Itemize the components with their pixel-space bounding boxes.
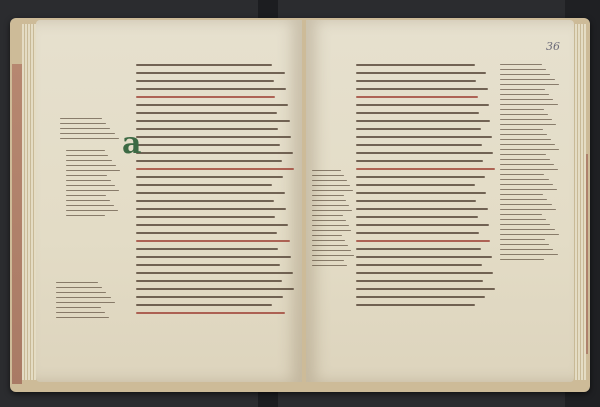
- text-line: [500, 249, 553, 250]
- text-line: [66, 170, 120, 171]
- text-line: [356, 144, 482, 146]
- text-line: [136, 240, 290, 242]
- text-line: [356, 200, 476, 202]
- text-line: [312, 215, 343, 216]
- text-line: [312, 200, 346, 201]
- text-line: [356, 248, 481, 250]
- text-line: [136, 192, 285, 194]
- text-line: [356, 176, 485, 178]
- text-line: [500, 199, 547, 200]
- text-line: [500, 119, 552, 120]
- text-line: [500, 69, 546, 70]
- text-line: [356, 72, 486, 74]
- text-line: [136, 200, 274, 202]
- text-line: [136, 104, 288, 106]
- text-line: [136, 232, 277, 234]
- text-line: [136, 304, 272, 306]
- text-line: [136, 256, 291, 258]
- decorated-initial: a: [122, 126, 141, 161]
- text-line: [500, 239, 545, 240]
- text-line: [356, 136, 492, 138]
- text-line: [500, 84, 559, 85]
- text-line: [66, 175, 107, 176]
- left-page: [36, 20, 302, 382]
- text-line: [312, 250, 351, 251]
- text-line: [66, 150, 105, 151]
- text-line: [136, 216, 275, 218]
- text-line: [356, 216, 478, 218]
- text-line: [66, 180, 111, 181]
- text-line: [312, 225, 349, 226]
- text-line: [356, 256, 492, 258]
- text-line: [312, 230, 351, 231]
- text-line: [356, 64, 475, 66]
- text-line: [56, 292, 106, 293]
- text-line: [56, 282, 98, 283]
- text-line: [500, 144, 555, 145]
- text-line: [500, 209, 556, 210]
- page-edges-right: [574, 24, 586, 380]
- right-page: 36: [306, 20, 574, 382]
- text-line: [136, 168, 294, 170]
- text-line: [356, 296, 485, 298]
- text-line: [500, 184, 553, 185]
- text-line: [136, 128, 278, 130]
- text-line: [66, 165, 116, 166]
- text-line: [136, 264, 280, 266]
- main-text-column: [136, 64, 296, 320]
- text-line: [56, 287, 102, 288]
- text-line: [356, 152, 493, 154]
- marginal-gloss: [56, 282, 116, 322]
- text-line: [56, 302, 115, 303]
- text-line: [136, 224, 288, 226]
- text-line: [500, 149, 559, 150]
- text-line: [500, 254, 558, 255]
- text-line: [312, 195, 344, 196]
- text-line: [60, 128, 110, 129]
- text-line: [356, 280, 483, 282]
- text-line: [66, 190, 119, 191]
- text-line: [66, 185, 115, 186]
- main-text-column: [356, 64, 496, 312]
- text-line: [60, 118, 102, 119]
- text-line: [56, 307, 101, 308]
- text-line: [356, 168, 495, 170]
- marginal-gloss: [60, 118, 120, 143]
- text-line: [500, 229, 555, 230]
- text-line: [136, 144, 280, 146]
- text-line: [500, 134, 547, 135]
- text-line: [356, 88, 488, 90]
- text-line: [500, 154, 546, 155]
- text-line: [66, 205, 114, 206]
- text-line: [312, 205, 349, 206]
- text-line: [356, 264, 482, 266]
- folio-number: 36: [546, 40, 560, 53]
- text-line: [136, 288, 294, 290]
- text-line: [56, 297, 111, 298]
- text-line: [312, 220, 346, 221]
- marginal-gloss: [66, 150, 121, 220]
- text-line: [356, 80, 476, 82]
- text-line: [66, 210, 118, 211]
- text-line: [136, 296, 283, 298]
- text-line: [136, 176, 283, 178]
- text-line: [60, 123, 106, 124]
- marginal-gloss: [312, 170, 354, 270]
- text-line: [312, 245, 348, 246]
- text-line: [356, 96, 478, 98]
- text-line: [312, 190, 353, 191]
- text-line: [356, 232, 479, 234]
- text-line: [356, 184, 475, 186]
- text-line: [136, 64, 272, 66]
- text-line: [500, 234, 559, 235]
- text-line: [356, 120, 490, 122]
- text-line: [66, 160, 112, 161]
- text-line: [312, 240, 345, 241]
- manuscript-book: a 36: [10, 14, 590, 392]
- text-line: [500, 99, 553, 100]
- text-line: [312, 175, 344, 176]
- text-line: [500, 129, 543, 130]
- text-line: [136, 136, 291, 138]
- text-line: [60, 133, 115, 134]
- text-line: [500, 124, 556, 125]
- text-line: [312, 235, 342, 236]
- text-line: [312, 180, 347, 181]
- text-line: [500, 114, 548, 115]
- text-line: [136, 80, 274, 82]
- text-line: [500, 64, 542, 65]
- text-line: [136, 120, 290, 122]
- text-line: [500, 214, 542, 215]
- text-line: [66, 195, 106, 196]
- text-line: [312, 185, 350, 186]
- text-line: [500, 174, 544, 175]
- text-line: [312, 260, 344, 261]
- text-line: [66, 200, 110, 201]
- text-line: [356, 272, 493, 274]
- text-line: [500, 204, 552, 205]
- text-line: [136, 184, 272, 186]
- text-line: [312, 255, 354, 256]
- text-line: [136, 280, 282, 282]
- text-line: [136, 112, 277, 114]
- text-line: [136, 160, 282, 162]
- text-line: [136, 88, 286, 90]
- text-line: [136, 248, 278, 250]
- text-line: [136, 208, 286, 210]
- text-line: [136, 272, 293, 274]
- text-line: [500, 164, 554, 165]
- text-line: [500, 79, 555, 80]
- text-line: [66, 155, 108, 156]
- text-line: [500, 179, 549, 180]
- text-line: [500, 244, 549, 245]
- text-line: [356, 192, 486, 194]
- text-line: [500, 109, 544, 110]
- text-line: [500, 159, 550, 160]
- text-line: [356, 104, 489, 106]
- text-line: [500, 104, 558, 105]
- text-line: [136, 72, 285, 74]
- text-line: [500, 224, 550, 225]
- text-line: [356, 288, 495, 290]
- text-line: [500, 94, 549, 95]
- text-line: [312, 265, 347, 266]
- text-line: [500, 259, 544, 260]
- text-line: [136, 152, 293, 154]
- text-line: [500, 219, 546, 220]
- text-line: [356, 160, 483, 162]
- text-line: [356, 224, 489, 226]
- marginal-gloss: [500, 64, 560, 264]
- text-line: [500, 169, 558, 170]
- text-line: [500, 139, 551, 140]
- cover-edge-stain: [12, 64, 22, 384]
- text-line: [500, 74, 550, 75]
- text-line: [66, 215, 105, 216]
- text-line: [500, 189, 557, 190]
- text-line: [356, 208, 488, 210]
- text-line: [356, 240, 490, 242]
- text-line: [312, 170, 341, 171]
- text-line: [56, 312, 105, 313]
- text-line: [356, 128, 481, 130]
- text-line: [356, 112, 479, 114]
- text-line: [312, 210, 352, 211]
- text-line: [356, 304, 475, 306]
- text-line: [500, 89, 545, 90]
- text-line: [60, 138, 119, 139]
- text-line: [136, 96, 275, 98]
- text-line: [56, 317, 109, 318]
- text-line: [500, 194, 543, 195]
- text-line: [136, 312, 285, 314]
